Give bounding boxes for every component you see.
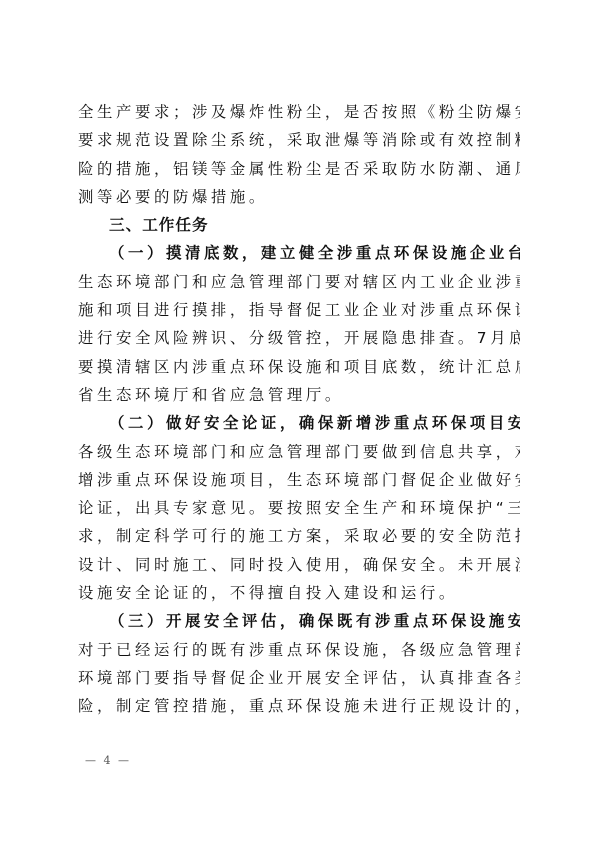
text-line: 测等必要的防爆措施。	[78, 183, 520, 211]
text-line: 对于已经运行的既有涉重点环保设施，各级应急管理部门和生态	[78, 636, 520, 664]
text-line: 全生产要求；涉及爆炸性粉尘，是否按照《粉尘防爆安全规程》	[78, 98, 520, 126]
text-line: 施和项目进行摸排，指导督促工业企业对涉重点环保设施和项目	[78, 296, 520, 324]
document-page: 全生产要求；涉及爆炸性粉尘，是否按照《粉尘防爆安全规程》 要求规范设置除尘系统，…	[0, 0, 595, 842]
item1-title: （一）摸清底数，建立健全涉重点环保设施企业台账。	[109, 244, 520, 262]
text-line: 险，制定管控措施，重点环保设施未进行正规设计的，要找具有	[78, 692, 520, 720]
item1-first-line: （一）摸清底数，建立健全涉重点环保设施企业台账。各级	[78, 239, 520, 267]
text-line: 险的措施，铝镁等金属性粉尘是否采取防水防潮、通风、氢气检	[78, 155, 520, 183]
text-line: 设施安全论证的，不得擅自投入建设和运行。	[78, 579, 520, 607]
item2-title: （二）做好安全论证，确保新增涉重点环保项目安全投用。	[78, 409, 520, 437]
text-line: 求，制定科学可行的施工方案，采取必要的安全防范措施，同时	[78, 522, 520, 550]
section-heading: 三、工作任务	[78, 211, 520, 239]
page-number: — 4 —	[85, 754, 131, 767]
text-line: 要求规范设置除尘系统，采取泄爆等消除或有效控制粉尘爆炸风	[78, 126, 520, 154]
item3-title: （三）开展安全评估，确保既有涉重点环保设施安全运行。	[78, 607, 520, 635]
text-line: 要摸清辖区内涉重点环保设施和项目底数，统计汇总后，上报至	[78, 353, 520, 381]
text-line: 进行安全风险辨识、分级管控，开展隐患排查。7月底前，各市	[78, 324, 520, 352]
text-line: 增涉重点环保设施项目，生态环境部门督促企业做好安全、环保	[78, 466, 520, 494]
text-line: 论证，出具专家意见。要按照安全生产和环境保护“三同时”要	[78, 494, 520, 522]
text-line: 生态环境部门和应急管理部门要对辖区内工业企业涉重点环保设	[78, 268, 520, 296]
document-body: 全生产要求；涉及爆炸性粉尘，是否按照《粉尘防爆安全规程》 要求规范设置除尘系统，…	[78, 98, 520, 721]
text-line: 省生态环境厅和省应急管理厅。	[78, 381, 520, 409]
text-line: 各级生态环境部门和应急管理部门要做到信息共享，对于企业新	[78, 438, 520, 466]
text-line: 设计、同时施工、同时投入使用，确保安全。未开展涉重点环保	[78, 551, 520, 579]
text-line: 环境部门要指导督促企业开展安全评估，认真排查各类安全风	[78, 664, 520, 692]
